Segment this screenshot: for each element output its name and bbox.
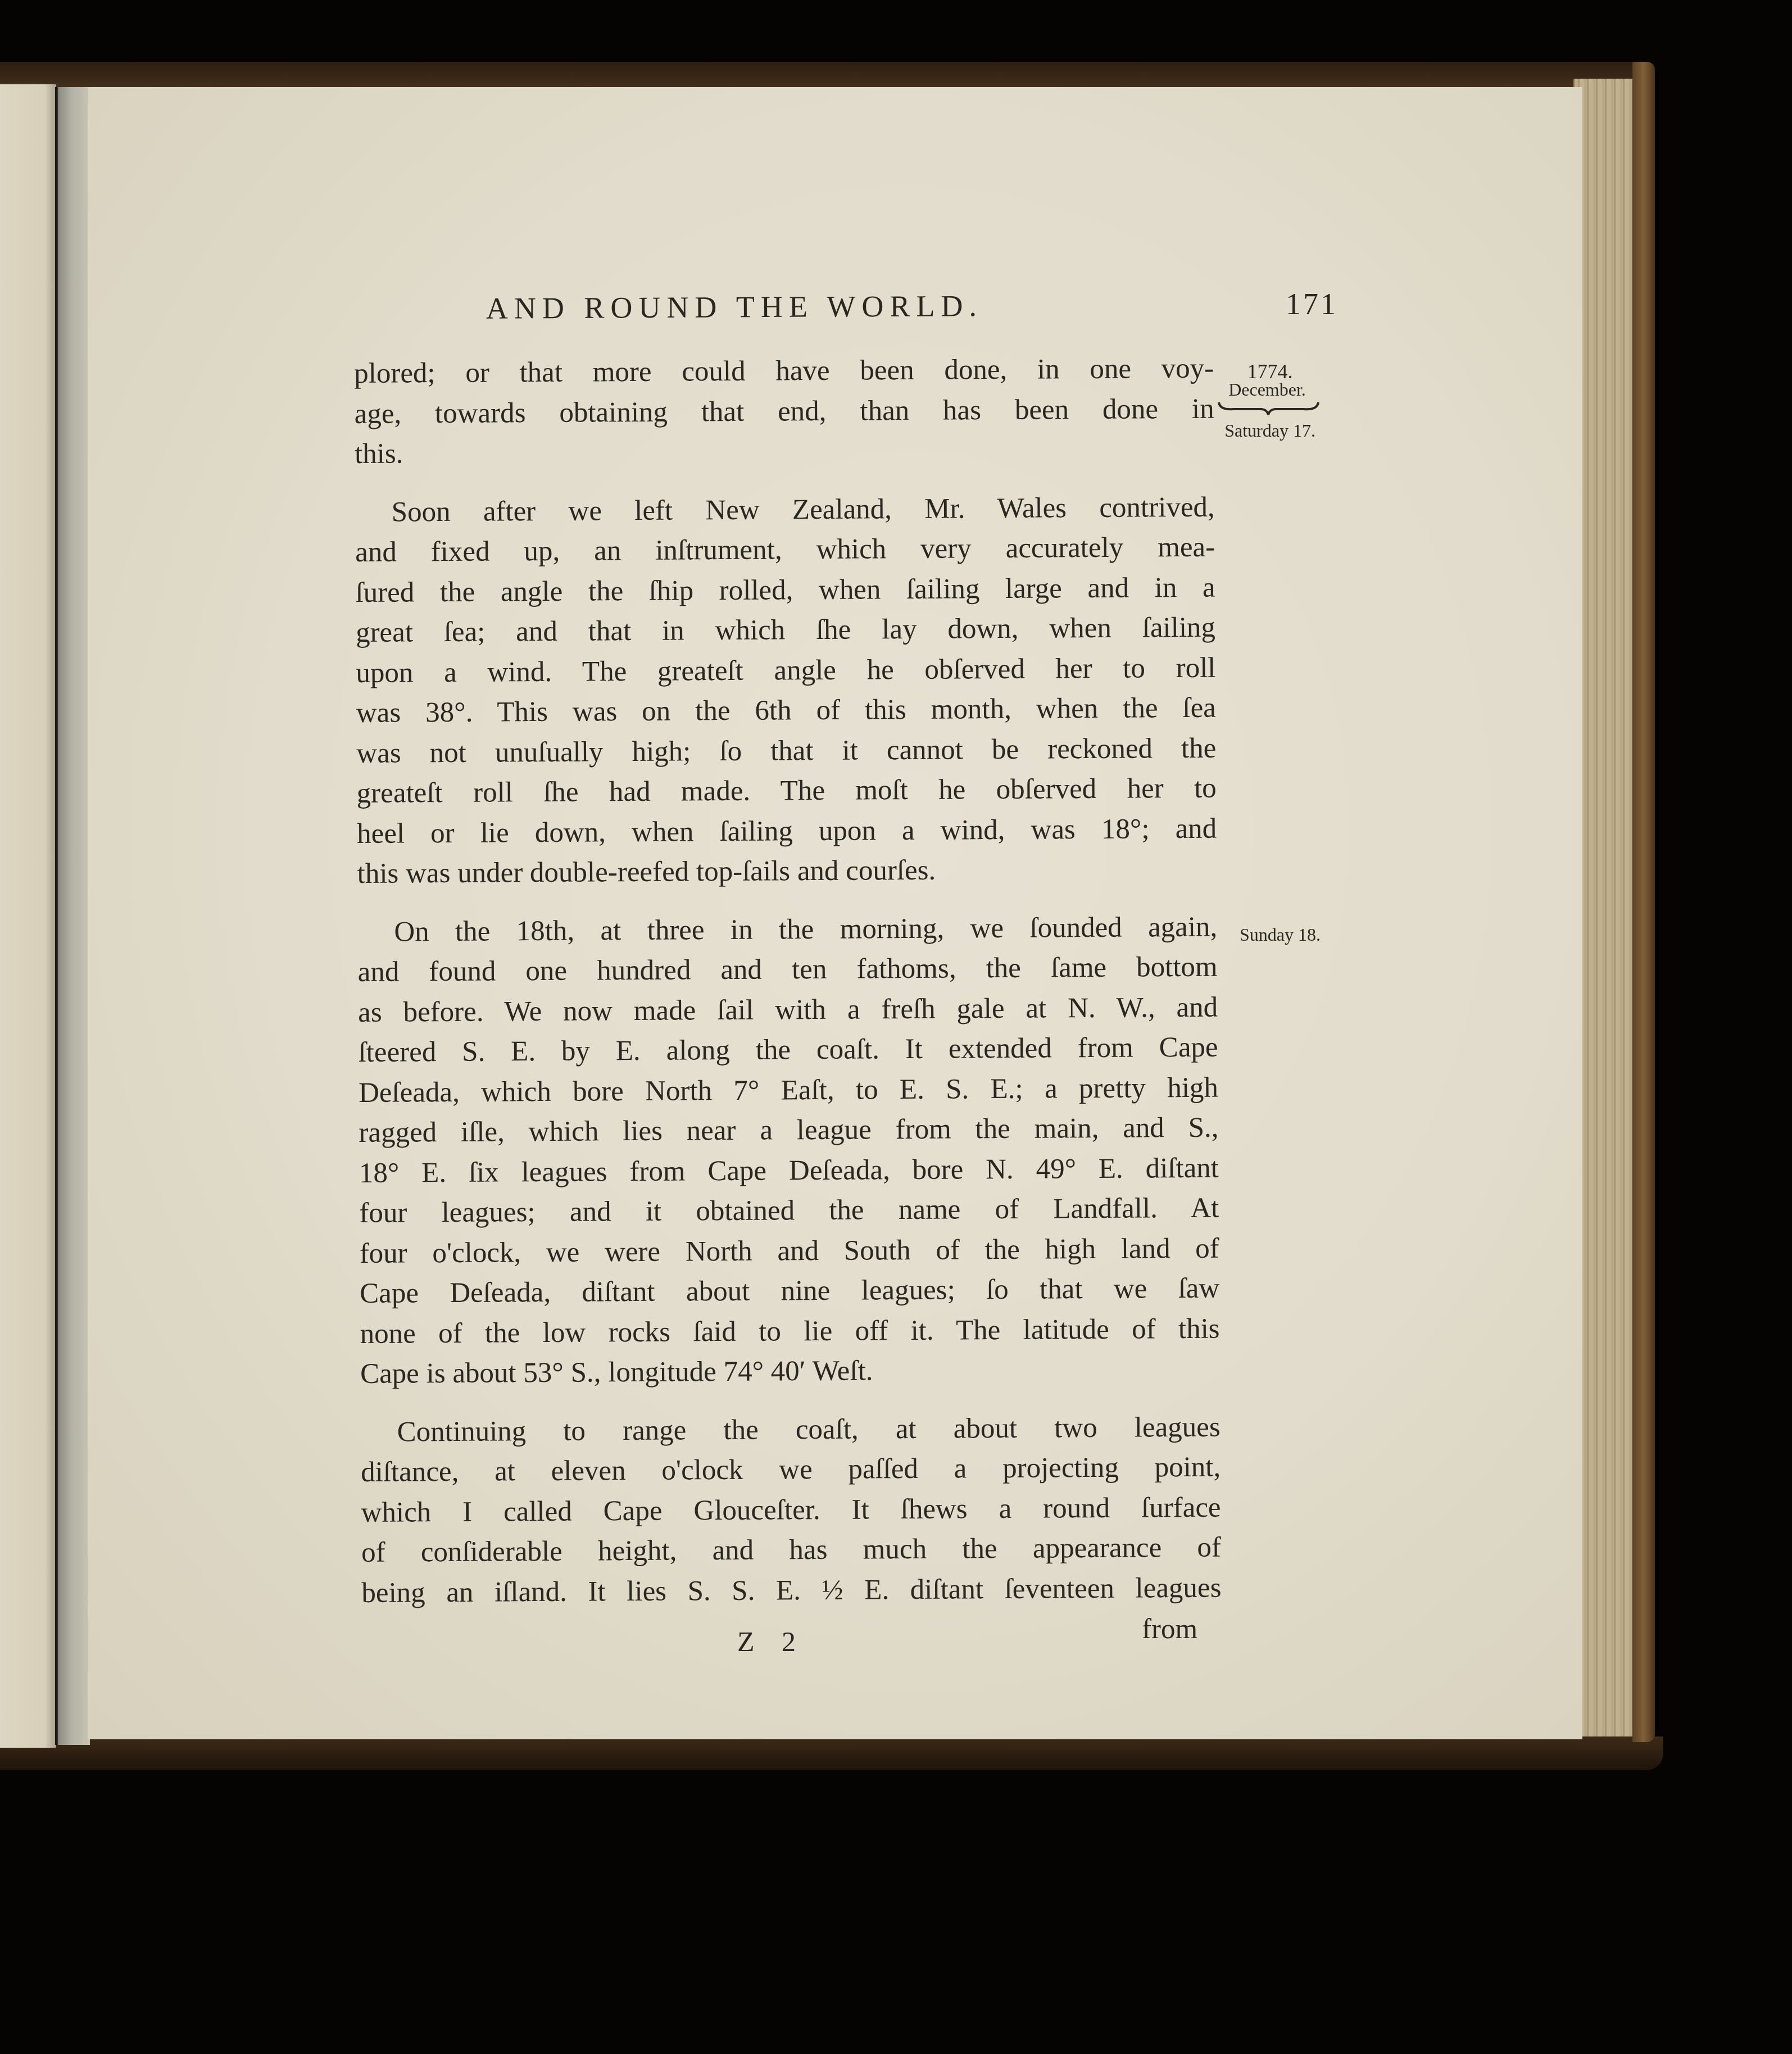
text-line: Deſeada, which bore North 7° Eaſt, to E.… — [359, 1068, 1218, 1113]
signature-mark: Z 2 — [737, 1625, 806, 1658]
paragraph-1: plored; or that more could have been don… — [354, 349, 1214, 475]
text-line: Soon after we left New Zealand, Mr. Wale… — [355, 487, 1215, 533]
paragraph-2: Soon after we left New Zealand, Mr. Wale… — [355, 487, 1217, 894]
paragraph-4: Continuing to range the coaſt, at about … — [361, 1407, 1222, 1613]
text-line: ſured the angle the ſhip rolled, when ſa… — [355, 568, 1215, 613]
margin-note-month: December. — [1214, 379, 1321, 400]
text-line: this was under double-reefed top-ſails a… — [357, 849, 1217, 895]
text-line: On the 18th, at three in the morning, we… — [357, 907, 1217, 953]
text-line: and fixed up, an inſtrument, which very … — [355, 528, 1215, 573]
page-fore-edge — [1573, 79, 1634, 1736]
text-line: none of the low rocks ſaid to lie off it… — [360, 1309, 1219, 1354]
text-line: great ſea; and that in which ſhe lay dow… — [356, 608, 1215, 654]
text-line: four o'clock, we were North and South of… — [360, 1228, 1219, 1274]
book-cover-right-edge — [1632, 62, 1655, 1742]
text-line: age, towards obtaining that end, than ha… — [354, 389, 1214, 434]
book-gutter — [55, 87, 90, 1745]
text-line: 18° E. ſix leagues from Cape Deſeada, bo… — [359, 1148, 1219, 1194]
text-line: ragged iſle, which lies near a league fr… — [359, 1108, 1218, 1154]
catchword: from — [1142, 1613, 1197, 1645]
text-line: heel or lie down, when ſailing upon a wi… — [357, 809, 1217, 854]
text-line: plored; or that more could have been don… — [354, 349, 1214, 395]
left-page-edge — [0, 84, 56, 1748]
brace-icon — [1217, 400, 1321, 417]
running-head: AND ROUND THE WORLD. — [486, 288, 1059, 325]
text-line: Cape is about 53° S., longitude 74° 40′ … — [360, 1349, 1220, 1395]
text-line: Continuing to range the coaſt, at about … — [361, 1407, 1221, 1453]
page-number: 171 — [1286, 287, 1338, 321]
text-line: upon a wind. The greateſt angle he obſer… — [356, 648, 1215, 693]
text-line: which I called Cape Glouceſter. It ſhews… — [361, 1488, 1221, 1533]
text-line: diſtance, at eleven o'clock we paſſed a … — [361, 1448, 1221, 1493]
text-line: greateſt roll ſhe had made. The moſt he … — [357, 769, 1217, 814]
margin-note-date-sunday-18: Sunday 18. — [1224, 924, 1336, 945]
margin-note-date-saturday-17: Saturday 17. — [1208, 420, 1332, 441]
text-line: being an iſland. It lies S. S. E. ½ E. d… — [361, 1568, 1221, 1613]
text-line: this. — [355, 429, 1214, 475]
text-line: four leagues; and it obtained the name o… — [359, 1189, 1219, 1234]
text-line: of conſiderable height, and has much the… — [361, 1528, 1221, 1574]
text-line: ſteered S. E. by E. along the coaſt. It … — [358, 1028, 1218, 1073]
paragraph-3: On the 18th, at three in the morning, we… — [357, 907, 1220, 1394]
text-line: Cape Deſeada, diſtant about nine leagues… — [360, 1269, 1219, 1314]
text-line: as before. We now made ſail with a freſh… — [358, 987, 1218, 1033]
text-line: and found one hundred and ten fathoms, t… — [358, 947, 1218, 993]
body-text: plored; or that more could have been don… — [354, 349, 1222, 1631]
text-line: was not unuſually high; ſo that it canno… — [356, 728, 1216, 774]
book-cover-bottom-edge — [0, 1736, 1663, 1770]
text-line: was 38°. This was on the 6th of this mon… — [356, 688, 1216, 734]
